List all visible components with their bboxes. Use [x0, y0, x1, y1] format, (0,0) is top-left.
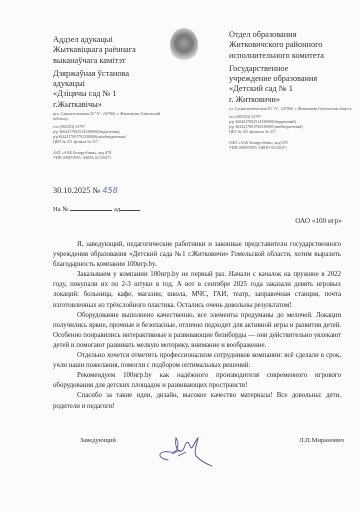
- body-paragraph: Оборудование выполнено качественно, все …: [53, 311, 341, 351]
- authority-line: исполнительного комитета: [229, 51, 354, 61]
- bank-line: УНП 490870955, ОКПО 02150471: [229, 145, 354, 150]
- document-date: 30.10.2025: [53, 186, 90, 195]
- authority-block-ru: Отдел образования Житковичского районног…: [229, 30, 354, 61]
- number-label: №: [92, 186, 100, 195]
- reference-prefix: На №: [53, 206, 69, 213]
- recipient: ОАО «100 игр»: [295, 217, 342, 225]
- institution-block-by: Дзяржаўная ўстанова адукацыі «Дзіцячы са…: [53, 69, 173, 110]
- institution-line: «Детский сад № 1: [229, 84, 354, 94]
- institution-line: г. Житковичи»: [229, 95, 354, 105]
- letter-page: Аддзел адукацыі Жыткавіцкага раённага вы…: [0, 0, 360, 511]
- authority-block-by: Аддзел адукацыі Жыткавіцкага раённага вы…: [53, 35, 173, 66]
- registration-number: 458: [102, 186, 117, 195]
- authority-line: Отдел образования: [229, 30, 354, 40]
- document-date-number: 30.10.2025 № 458: [53, 186, 118, 195]
- institution-block-ru: Государственное учреждение образования «…: [229, 64, 354, 105]
- authority-line: Житковичского районного: [229, 40, 354, 50]
- signatory-role: Заведующий: [80, 437, 116, 444]
- institution-line: Государственное: [229, 64, 354, 74]
- authority-line: Аддзел адукацыі: [53, 35, 173, 45]
- body-paragraph: Спасибо за такие идеи, дизайн, высокое к…: [53, 391, 341, 411]
- signatory-name: Л.П.Миранович: [299, 437, 344, 444]
- authority-line: Жыткавіцкага раённага: [53, 45, 173, 55]
- institution-line: Дзяржаўная ўстанова: [53, 69, 173, 79]
- address-by: вул. Сацыялістычная 20 "А", 247960, г. Ж…: [53, 111, 173, 121]
- bank-line: УНП 490870955, АКПА 02150471: [53, 155, 173, 160]
- institution-line: «Дзіцячы сад № 1: [53, 89, 173, 99]
- authority-line: выканаўчага камітэт: [53, 56, 173, 66]
- institution-line: г.Жыткавічы»: [53, 100, 173, 110]
- body-paragraph: Заказываем у компании 100игр.by не первы…: [53, 270, 341, 310]
- handwritten-signature-icon: [150, 430, 220, 470]
- address-ru: ул. Социалистическая 20 "А", 247960, г. …: [229, 106, 354, 111]
- letter-body: Я, заведующий, педагогические работники …: [53, 240, 341, 412]
- reference-number-blank: [70, 210, 112, 211]
- institution-line: учреждение образования: [229, 74, 354, 84]
- reference-date-blank: [120, 210, 140, 211]
- body-paragraph: Отдельно хочется отметить профессионализ…: [53, 351, 341, 371]
- reference-line: На № ад: [53, 206, 140, 213]
- body-paragraph: Я, заведующий, педагогические работники …: [53, 240, 341, 270]
- institution-line: адукацыі: [53, 79, 173, 89]
- state-emblem-icon: [170, 28, 198, 62]
- letterhead-belarusian: Аддзел адукацыі Жыткавіцкага раённага вы…: [53, 35, 173, 160]
- letterhead-russian: Отдел образования Житковичского районног…: [229, 30, 354, 150]
- body-paragraph: Рекомендуем 100игр.by как надёжного прои…: [53, 371, 341, 391]
